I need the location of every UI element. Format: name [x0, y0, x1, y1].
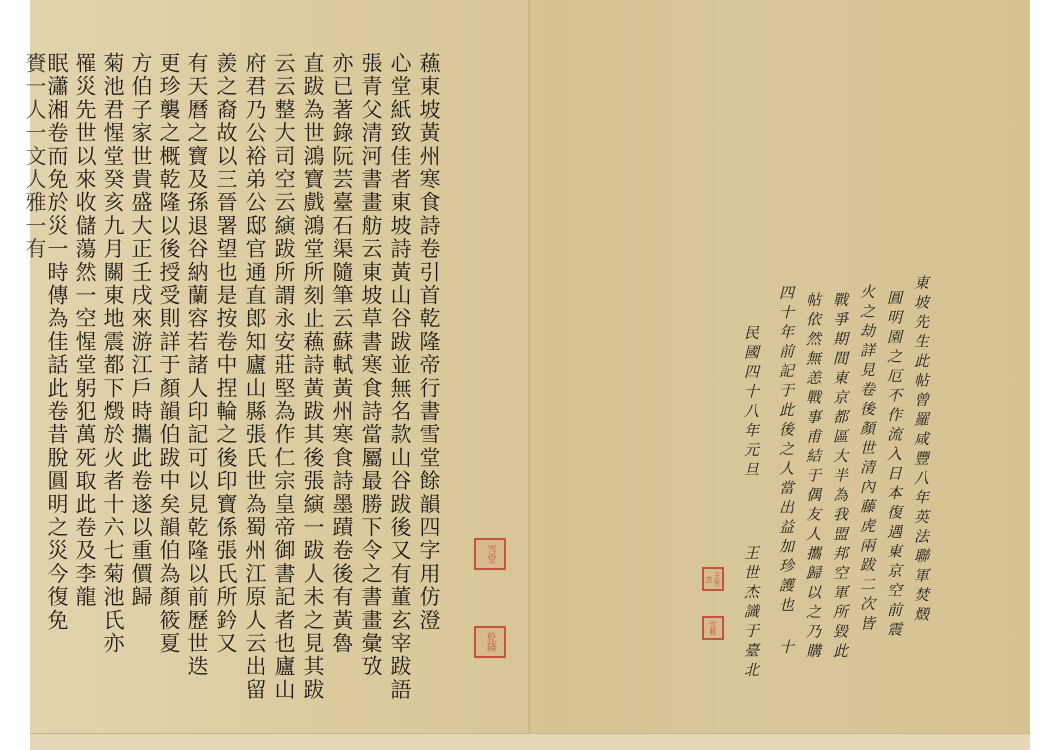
paper-seam	[528, 0, 531, 735]
seal-colophon-upper: 王世杰	[702, 567, 724, 591]
seal-main-lower: 乾隆	[474, 626, 506, 658]
main-text-column-10: 更珍襲之概乾隆以後授受則詳于顏韻伯跋中矣韻伯為顏筱夏	[154, 52, 184, 655]
main-text-column-12: 菊池君惺堂癸亥九月關東地震都下燬於火者十六七菊池氏亦	[98, 52, 128, 655]
seal-main-upper: 雪堂	[474, 538, 506, 570]
seal-colophon-lower: 雪艇	[702, 616, 724, 640]
main-text-column-6: 云云𢿫大司空云縯跋所謂永安莊堅為作仁宗皇帝御書記者也廬山	[269, 52, 299, 702]
colophon-column-4: 戰爭期間東京都區大半為我盟邦空軍所毀此	[829, 292, 851, 663]
colophon-column-6: 四十年前記于此後之人當出益加珍護也 十	[775, 285, 797, 659]
main-text-column-14: 眠瀟湘卷而免於災一時傳為佳話此卷昔脫圓明之災今復免	[42, 52, 72, 632]
main-text-column-5: 直跋為世鴻寶戲鴻堂所刻止蘓詩黃跋其後張縯一跋人未之見其跋	[298, 52, 328, 702]
colophon-column-3: 火之劫詳見卷後顏世清內藤虎兩跋二次皆	[856, 284, 878, 635]
colophon-column-1: 東坡先生此帖曾羅咸豐八年英法聯軍焚燬	[910, 275, 932, 626]
main-text-column-9: 有天曆之寶及孫退谷納蘭容若諸人印記可以見乾隆以前歷世迭	[182, 52, 212, 678]
colophon-column-5: 帖依然無恙戰事甫結于偶友人攜歸以之乃購	[802, 292, 824, 663]
main-text-column-11: 方伯子家世貴盛大正壬戌來游江戶時攜此卷遂以重價歸	[126, 52, 156, 609]
scroll-bottom-edge	[30, 733, 1030, 750]
colophon-signature: 王世杰識于臺北	[740, 545, 762, 682]
scroll-paper: 賚一人一文人雅一有 蘓東坡黃州寒食詩卷引首乾隆帝行書雪堂餘韻四字用仿澄 心堂紙致…	[30, 0, 1030, 750]
main-text-column-8: 羨之裔故以三晉署望也是按卷中捏輪之後印寶係張氏所鈐又	[211, 52, 241, 655]
main-text-column-7: 府君乃公裕弟公邸官通直郎知廬山縣張氏世為蜀州江原人云出留	[240, 52, 270, 702]
main-text-column-1: 蘓東坡黃州寒食詩卷引首乾隆帝行書雪堂餘韻四字用仿澄	[414, 52, 444, 632]
main-text-column-2: 心堂紙致佳者東坡詩黃山谷跋並無名款山谷跋後又有董玄宰跋語	[385, 52, 415, 702]
main-text-column-3: 張青父清河書畫舫云東坡草書寒食詩當屬最勝下令之書畫彙攷	[356, 52, 386, 678]
main-text-column-13: 罹災先世以來收儲蕩然一空惺堂躬犯萬死取此卷及李龍	[70, 52, 100, 609]
colophon-date: 民國四十八年元旦	[740, 325, 762, 481]
colophon-column-2: 圓明園之厄不作流入日本復遇東京空前震	[883, 290, 905, 641]
main-text-column-4: 亦已著錄阮芸臺石渠隨筆云蘇軾黃州寒食詩墨蹟卷後有黃魯	[327, 52, 357, 655]
